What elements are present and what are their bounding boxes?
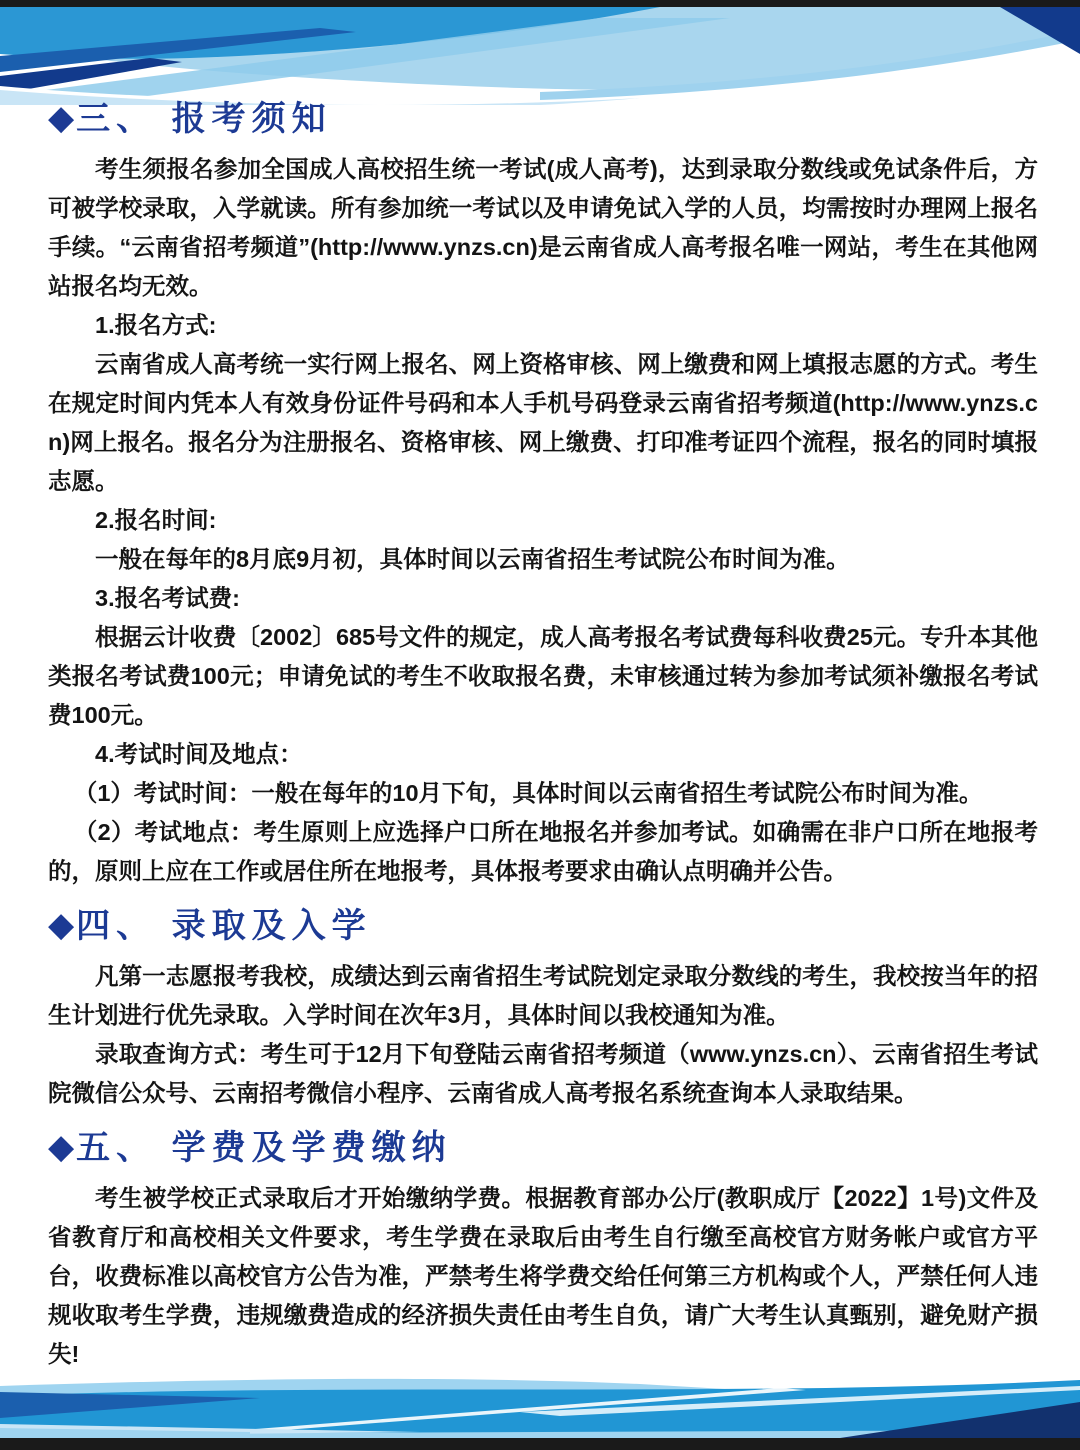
paragraph: 考生须报名参加全国成人高校招生统一考试(成人高考)，达到录取分数线或免试条件后，…	[48, 150, 1038, 306]
paragraph: （1）考试时间：一般在每年的10月下旬，具体时间以云南省招生考试院公布时间为准。	[48, 774, 1038, 813]
paragraph: 云南省成人高考统一实行网上报名、网上资格审核、网上缴费和网上填报志愿的方式。考生…	[48, 345, 1038, 501]
diamond-bullet-icon: ◆	[48, 1126, 74, 1168]
paragraph: （2）考试地点：考生原则上应选择户口所在地报名并参加考试。如确需在非户口所在地报…	[48, 813, 1038, 891]
paragraph: 2.报名时间:	[48, 501, 1038, 540]
bottom-black-bar	[0, 1438, 1080, 1450]
top-black-bar	[0, 0, 1080, 7]
paragraph: 根据云计收费〔2002〕685号文件的规定，成人高考报名考试费每科收费25元。专…	[48, 618, 1038, 735]
diamond-bullet-icon: ◆	[48, 904, 74, 946]
bottom-banner-decoration	[0, 1372, 1080, 1450]
section-heading-3: ◆三、 报考须知	[48, 98, 1038, 140]
section-heading-text: 四、 录取及入学	[76, 907, 371, 945]
paragraph: 录取查询方式：考生可于12月下旬登陆云南省招考频道（www.ynzs.cn）、云…	[48, 1035, 1038, 1113]
paragraph: 3.报名考试费:	[48, 579, 1038, 618]
section-heading-text: 三、 报考须知	[76, 100, 331, 138]
content: ◆三、 报考须知 考生须报名参加全国成人高校招生统一考试(成人高考)，达到录取分…	[48, 98, 1038, 1374]
notice-page: ◆三、 报考须知 考生须报名参加全国成人高校招生统一考试(成人高考)，达到录取分…	[0, 0, 1080, 1450]
paragraph: 1.报名方式:	[48, 306, 1038, 345]
top-banner-decoration	[0, 0, 1080, 105]
diamond-bullet-icon: ◆	[48, 97, 74, 139]
section-heading-4: ◆四、 录取及入学	[48, 905, 1038, 947]
section-heading-text: 五、 学费及学费缴纳	[76, 1129, 451, 1167]
paragraph: 一般在每年的8月底9月初，具体时间以云南省招生考试院公布时间为准。	[48, 540, 1038, 579]
paragraph: 4.考试时间及地点：	[48, 735, 1038, 774]
paragraph: 考生被学校正式录取后才开始缴纳学费。根据教育部办公厅(教职成厅【2022】1号)…	[48, 1179, 1038, 1374]
section-heading-5: ◆五、 学费及学费缴纳	[48, 1127, 1038, 1169]
paragraph: 凡第一志愿报考我校，成绩达到云南省招生考试院划定录取分数线的考生，我校按当年的招…	[48, 957, 1038, 1035]
